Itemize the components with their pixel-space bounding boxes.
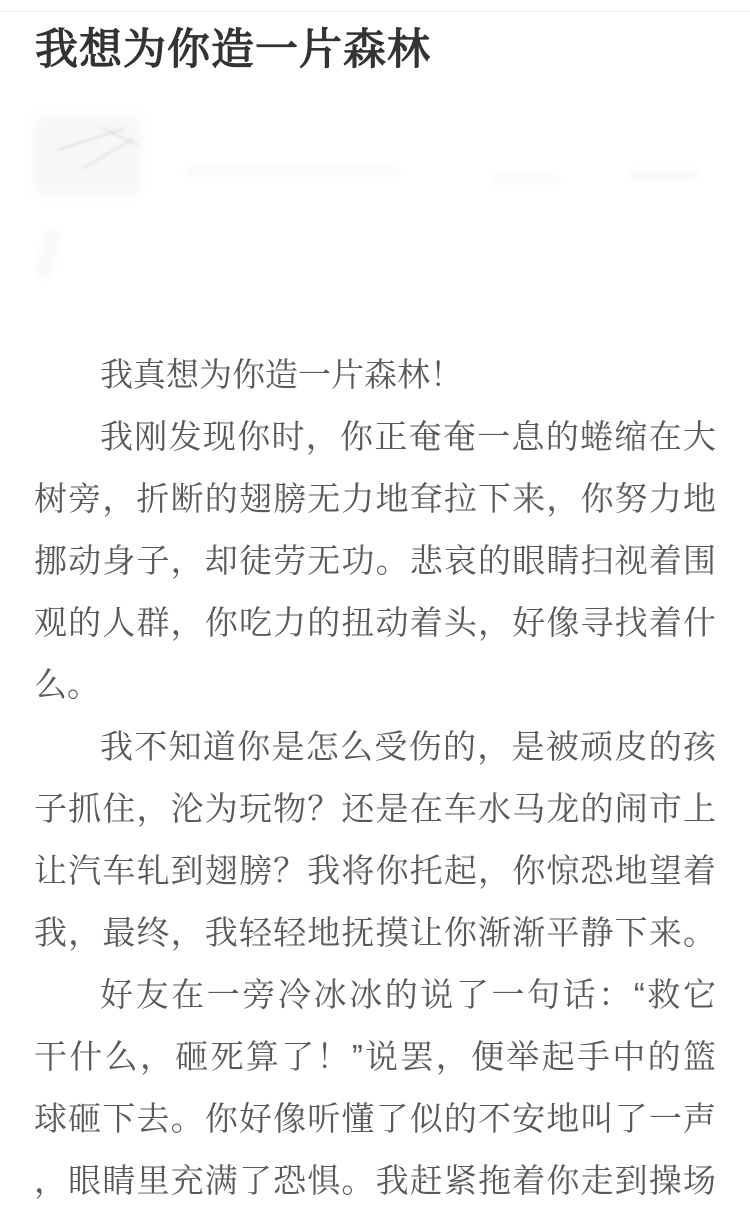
watermark-smudge [101,127,139,147]
watermark-smudge [33,115,141,195]
text-line: 树旁，折断的翅膀无力地耷拉下来，你努力地 [34,468,716,530]
watermark-smudge [185,168,400,175]
text-line: 让汽车轧到翅膀？我将你托起，你惊恐地望着 [34,840,716,902]
top-divider [0,11,750,12]
text-line: 子抓住，沦为玩物？还是在车水马龙的闹市上 [34,778,716,840]
text-line: ，眼睛里充满了恐惧。我赶紧拖着你走到操场 [34,1150,716,1212]
text-line: 我刚发现你时，你正奄奄一息的蜷缩在大 [34,406,716,468]
watermark-smudge [34,227,62,281]
article-body: 我真想为你造一片森林！ 我刚发现你时，你正奄奄一息的蜷缩在大 树旁，折断的翅膀无… [34,344,716,1212]
watermark-smudge [490,176,562,183]
watermark-smudge [81,137,134,170]
text-line: 我，最终，我轻轻地抚摸让你渐渐平静下来。 [34,902,716,964]
text-line: 我真想为你造一片森林！ [34,344,716,406]
text-line: 干什么，砸死算了！”说罢，便举起手中的篮 [34,1026,716,1088]
text-line: 球砸下去。你好像听懂了似的不安地叫了一声 [34,1088,716,1150]
text-line: 好友在一旁冷冰冰的说了一句话：“救它 [34,964,716,1026]
faded-illustration [0,100,750,340]
text-line: 我不知道你是怎么受伤的，是被顽皮的孩 [34,716,716,778]
watermark-smudge [56,127,124,151]
text-line: 挪动身子，却徒劳无功。悲哀的眼睛扫视着围 [34,530,716,592]
text-line: 么。 [34,654,716,716]
article-page: { "article": { "title": "我想为你造一片森林", "pa… [0,0,750,1216]
text-line: 观的人群，你吃力的扭动着头，好像寻找着什 [34,592,716,654]
article-title: 我想为你造一片森林 [35,22,715,78]
watermark-smudge [628,170,698,179]
